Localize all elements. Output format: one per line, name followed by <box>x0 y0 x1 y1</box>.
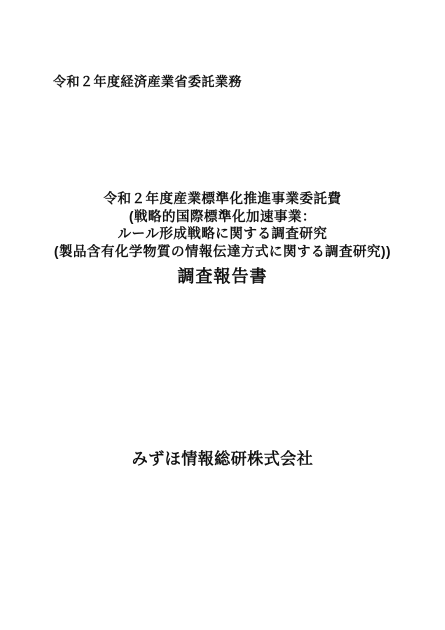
company-name: みずほ情報総研株式会社 <box>0 450 445 470</box>
title-block: 令和２年度産業標準化推進事業委託費 (戦略的国際標準化加速事業： ルール形成戦略… <box>0 190 445 288</box>
title-line-research-theme: ルール形成戦略に関する調査研究 <box>0 225 445 243</box>
report-title: 調査報告書 <box>0 266 445 288</box>
commission-header: 令和２年度経済産業省委託業務 <box>53 71 242 90</box>
report-cover-page: 令和２年度経済産業省委託業務 令和２年度産業標準化推進事業委託費 (戦略的国際標… <box>0 0 445 630</box>
title-line-research-subtheme: (製品含有化学物質の情報伝達方式に関する調査研究)) <box>0 243 445 261</box>
title-line-subproject: (戦略的国際標準化加速事業： <box>0 208 445 226</box>
title-line-project: 令和２年度産業標準化推進事業委託費 <box>0 190 445 208</box>
